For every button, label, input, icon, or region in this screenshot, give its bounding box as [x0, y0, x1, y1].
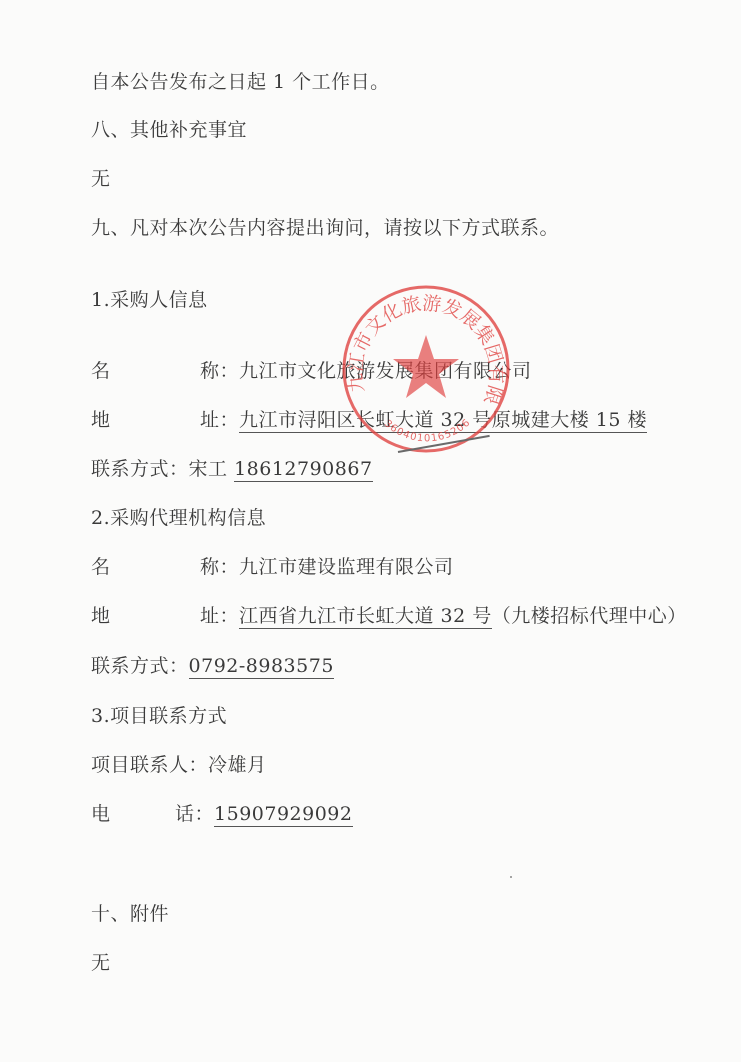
deadline-text: 自本公告发布之日起 1 个工作日。 [91, 70, 390, 94]
purchaser-address-row: 地址：九江市浔阳区长虹大道 32 号原城建大楼 15 楼 [91, 408, 647, 432]
address-label-a: 地 [91, 604, 200, 628]
svg-text:九江市文化旅游发展集团有限公司: 九江市文化旅游发展集团有限公司 [340, 283, 507, 407]
project-phone: 15907929092 [214, 803, 352, 827]
name-label-b: 称： [200, 555, 239, 579]
agency-address-main: 江西省九江市长虹大道 32 号 [239, 605, 492, 629]
contact-label: 联系方式： [91, 458, 189, 480]
agency-name: 九江市建设监理有限公司 [239, 556, 454, 578]
agency-address-note: （九楼招标代理中心） [492, 605, 687, 627]
purchaser-contact-phone: 18612790867 [234, 458, 372, 482]
address-label-b: 址： [200, 604, 239, 628]
contact-label: 联系方式： [91, 655, 189, 677]
address-label-a: 地 [91, 408, 200, 432]
name-label-b: 称： [200, 359, 239, 383]
section-8-body: 无 [91, 167, 111, 191]
project-person-label: 项目联系人： [91, 754, 208, 776]
section-9-title: 九、凡对本次公告内容提出询问，请按以下方式联系。 [91, 216, 559, 240]
project-contact-heading: 3.项目联系方式 [91, 704, 227, 728]
section-10-body: 无 [91, 951, 111, 975]
phone-label-a: 电 [91, 802, 175, 826]
document-page: 自本公告发布之日起 1 个工作日。 八、其他补充事宜 无 九、凡对本次公告内容提… [0, 0, 741, 1062]
agency-heading: 2.采购代理机构信息 [91, 506, 266, 530]
purchaser-name-row: 名称：九江市文化旅游发展集团有限公司 [91, 359, 532, 383]
agency-address-row: 地址：江西省九江市长虹大道 32 号（九楼招标代理中心） [91, 604, 687, 628]
name-label-a: 名 [91, 555, 200, 579]
purchaser-contact-row: 联系方式：宋工 18612790867 [91, 457, 373, 481]
purchaser-address: 九江市浔阳区长虹大道 32 号原城建大楼 15 楼 [239, 409, 647, 433]
name-label-a: 名 [91, 359, 200, 383]
agency-contact-row: 联系方式：0792-8983575 [91, 654, 334, 678]
agency-name-row: 名称：九江市建设监理有限公司 [91, 555, 454, 579]
phone-label-b: 话： [175, 802, 214, 826]
scan-speck [510, 876, 512, 878]
address-label-b: 址： [200, 408, 239, 432]
section-8-title: 八、其他补充事宜 [91, 118, 247, 142]
project-person: 冷雄月 [208, 754, 267, 776]
section-10-title: 十、附件 [91, 902, 169, 926]
purchaser-contact-person: 宋工 [189, 458, 235, 480]
purchaser-heading: 1.采购人信息 [91, 288, 208, 312]
agency-contact-phone: 0792-8983575 [189, 655, 334, 679]
project-person-row: 项目联系人：冷雄月 [91, 753, 267, 777]
project-phone-row: 电话：15907929092 [91, 802, 353, 826]
purchaser-name: 九江市文化旅游发展集团有限公司 [239, 360, 532, 382]
signature-stroke [398, 435, 490, 453]
